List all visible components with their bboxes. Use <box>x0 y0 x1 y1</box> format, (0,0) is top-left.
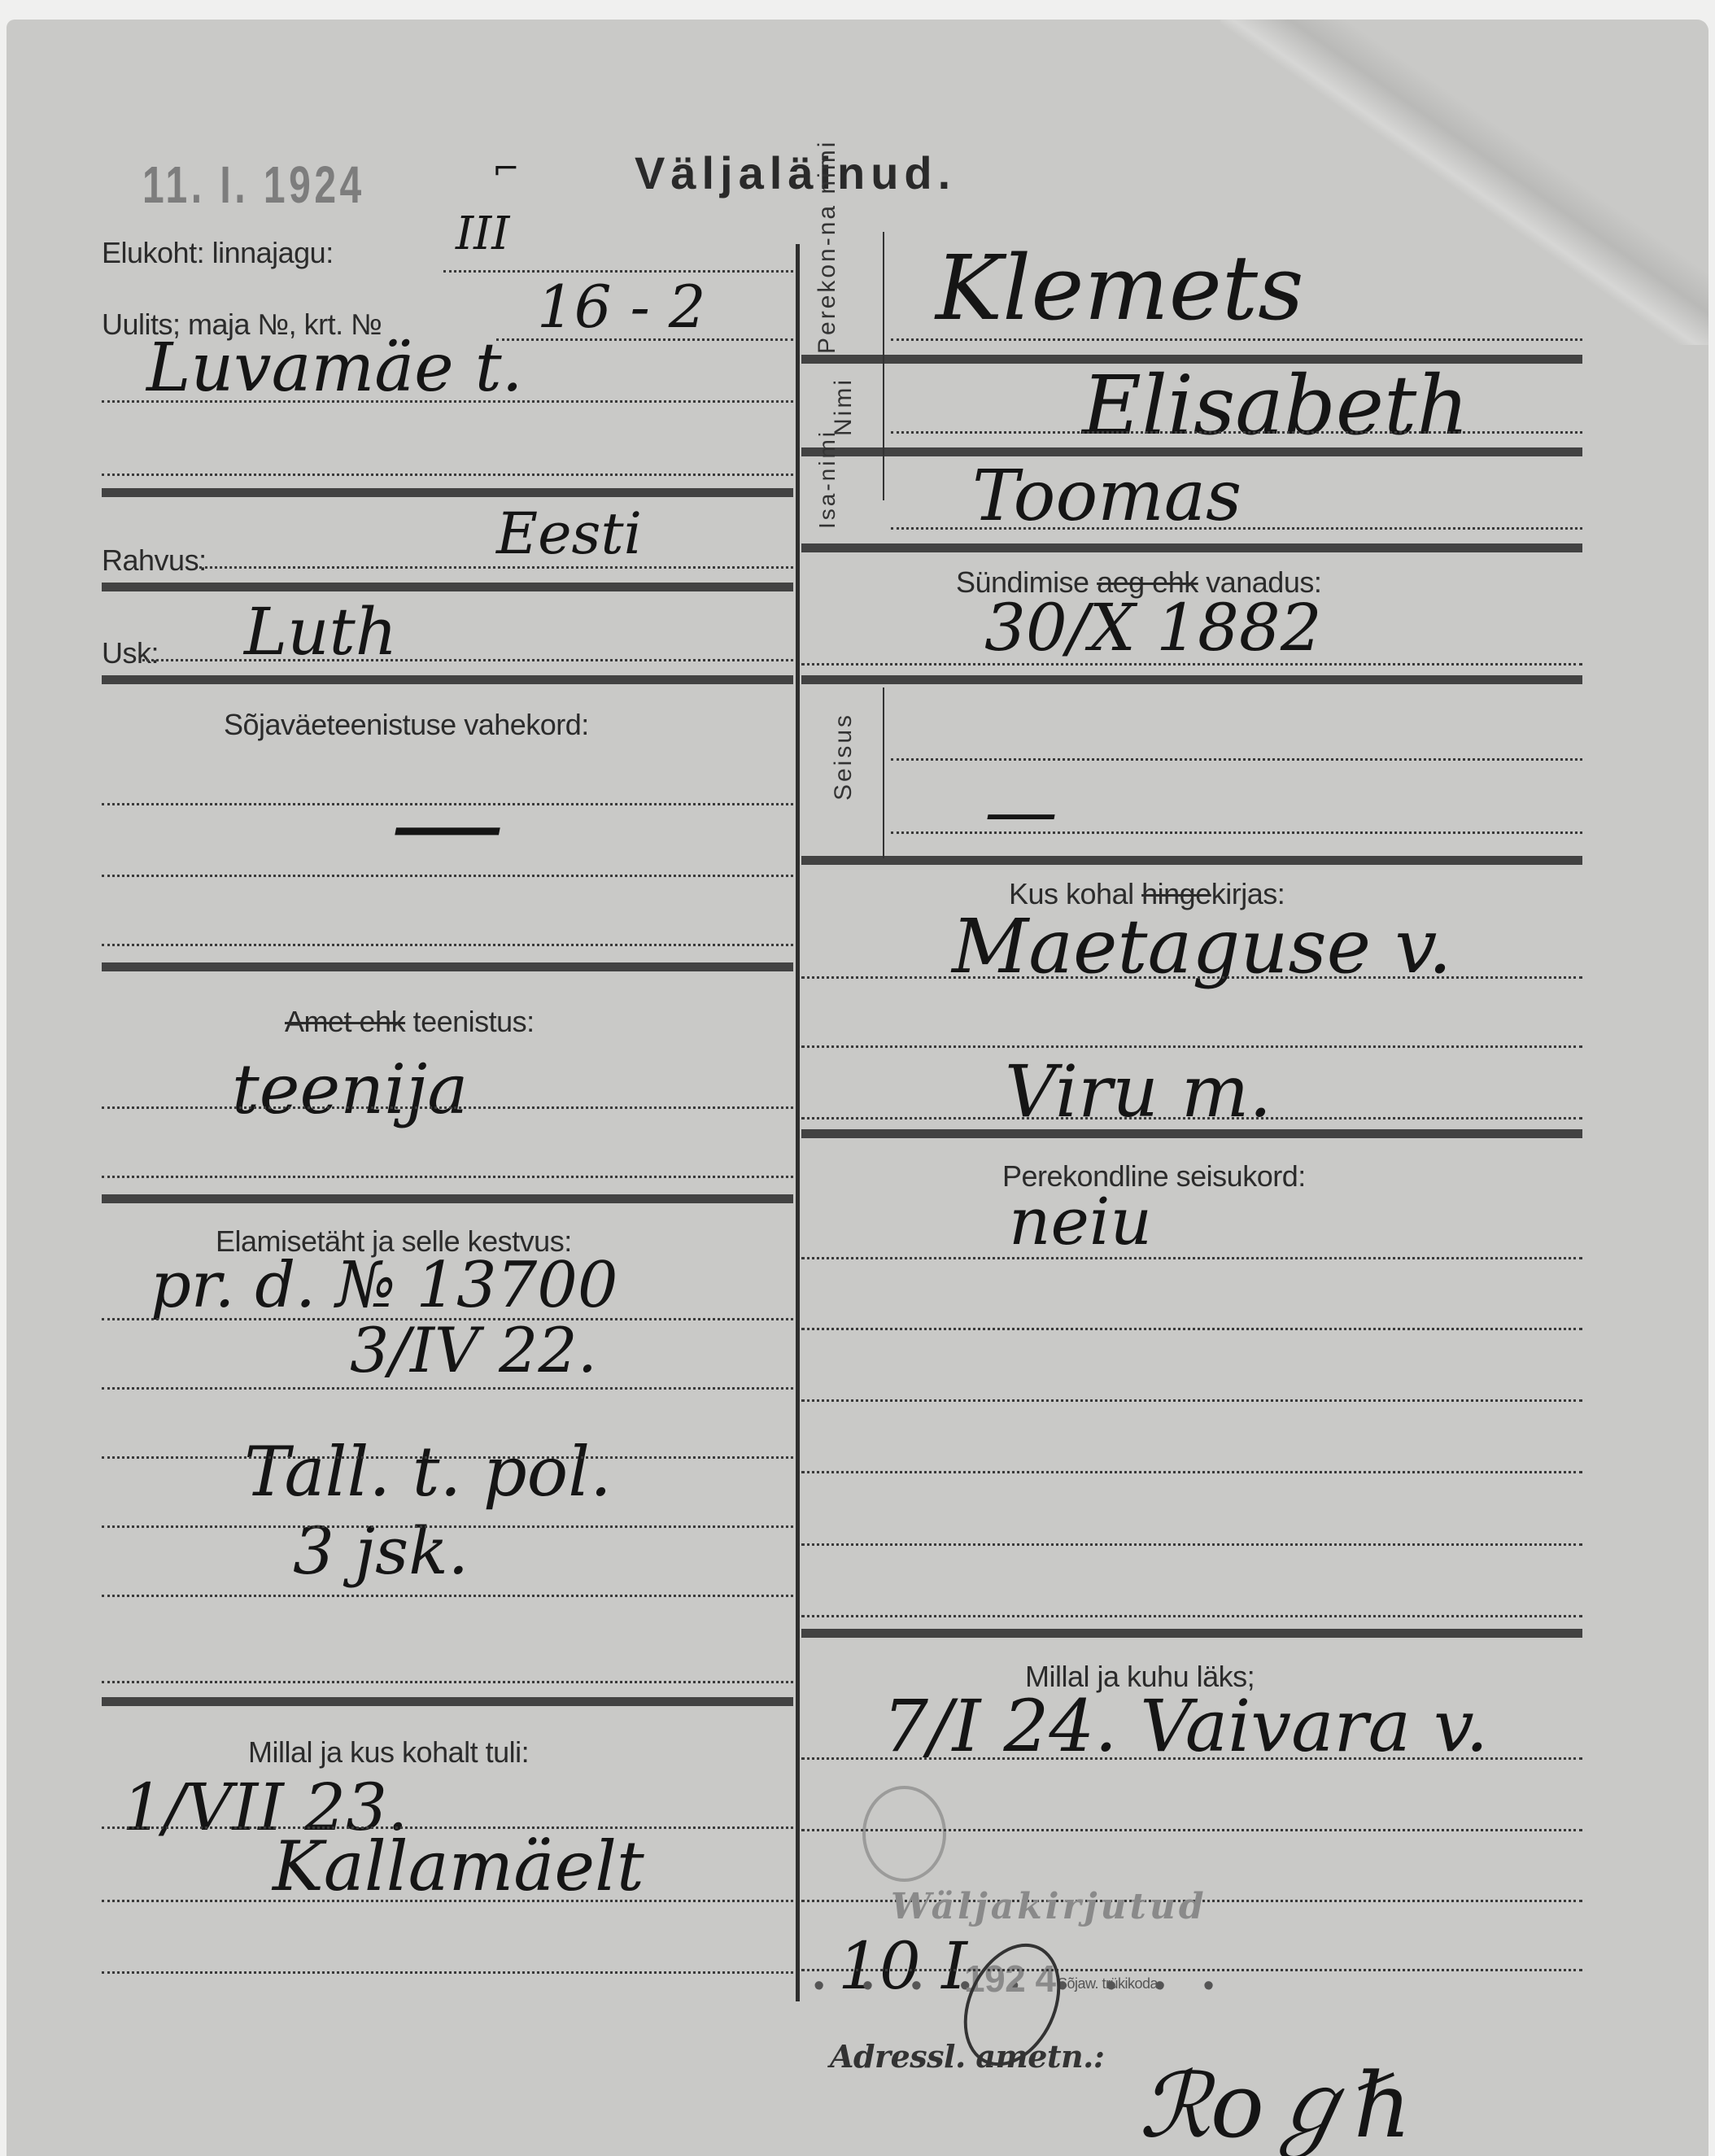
departure-value: 7/I 24. Vaivara v. <box>883 1684 1488 1768</box>
dotted-line <box>801 1471 1582 1473</box>
dotted-line <box>801 1615 1582 1617</box>
dotted-line <box>891 431 1582 434</box>
nationality-label: Rahvus: <box>102 543 207 578</box>
dotted-line <box>801 1117 1582 1119</box>
dotted-line <box>891 527 1582 530</box>
nationality-value: Eesti <box>496 500 642 567</box>
dotted-line <box>801 1543 1582 1546</box>
dotted-line <box>102 803 793 805</box>
registry-line-2: Viru m. <box>1005 1050 1272 1133</box>
section-rule <box>801 675 1582 684</box>
section-rule <box>102 962 793 971</box>
dotted-line <box>102 1900 793 1902</box>
dotted-line <box>102 1595 793 1597</box>
surname-value: Klemets <box>936 236 1304 340</box>
dotted-line <box>102 875 793 877</box>
section-rule <box>102 675 793 684</box>
dotted-line <box>801 1969 1582 1971</box>
section-rule <box>102 1697 793 1706</box>
dotted-line <box>102 474 793 476</box>
label-strip-divider <box>883 232 884 500</box>
occupation-label-struck: Amet ehk <box>285 1005 405 1038</box>
dotted-line <box>801 1045 1582 1048</box>
residence-label: Elukoht: linnajagu: <box>102 236 334 270</box>
military-value: — <box>391 757 504 889</box>
dotted-line <box>801 1399 1582 1402</box>
dotted-line <box>801 1257 1582 1259</box>
section-rule <box>801 543 1582 552</box>
form-title: Väljaläinud. <box>635 146 956 199</box>
residence-permit-line-3: Tall. t. pol. <box>244 1432 612 1512</box>
section-rule <box>102 1194 793 1203</box>
arrival-place-value: Kallamäelt <box>273 1826 644 1906</box>
father-name-value: Toomas <box>972 456 1242 537</box>
dotted-line <box>102 944 793 946</box>
title-dash: ⌐ <box>492 151 520 188</box>
occupation-label: Amet ehk teenistus: <box>285 1005 535 1039</box>
dotted-line <box>102 1971 793 1974</box>
firstname-value: Elisabeth <box>1082 358 1469 453</box>
printer-credit: Sõjaw. trükikoda. <box>1058 1975 1162 1992</box>
dotted-line <box>496 338 793 341</box>
occupation-label-text: teenistus: <box>413 1005 535 1038</box>
residence-permit-line-1: pr. d. № 13700 <box>151 1249 618 1322</box>
section-rule <box>801 1629 1582 1638</box>
dotted-line <box>891 831 1582 834</box>
residence-permit-line-2: 3/IV 22. <box>350 1314 597 1386</box>
date-stamp: 11. I. 1924 <box>142 155 365 215</box>
status-label: Seisus <box>830 696 857 818</box>
pencil-p-mark <box>862 1786 946 1882</box>
arrival-label: Millal ja kus kohalt tuli: <box>248 1735 529 1770</box>
section-rule <box>102 583 793 591</box>
dotted-line <box>102 1681 793 1683</box>
house-flat-value: 16 - 2 <box>537 273 706 341</box>
residence-permit-line-4: 3 jsk. <box>293 1513 469 1589</box>
section-rule <box>102 488 793 497</box>
signature: ℛoℊℏ <box>1139 2034 1412 2156</box>
dotted-line <box>801 663 1582 666</box>
street-value: Luvamäe t. <box>146 330 523 407</box>
status-value: — <box>984 769 1058 854</box>
military-label: Sõjaväeteenistuse vahekord: <box>224 708 589 742</box>
dotted-line <box>891 338 1582 341</box>
dotted-line <box>891 758 1582 761</box>
dotted-line <box>102 1387 793 1390</box>
section-rule <box>801 1129 1582 1138</box>
label-strip-divider <box>883 687 884 858</box>
father-name-label: Isa-nimi <box>814 456 841 529</box>
dotted-line <box>199 566 793 569</box>
dotted-line <box>801 976 1582 979</box>
religion-label: Usk: <box>102 636 159 670</box>
dotted-line <box>801 1757 1582 1760</box>
occupation-value: teenija <box>232 1050 468 1129</box>
dotted-line <box>102 1176 793 1178</box>
dotted-line <box>102 1106 793 1109</box>
residence-district-value: III <box>456 207 509 260</box>
dotted-line <box>102 1525 793 1528</box>
extract-stamp: Wäljakirjutud <box>891 1886 1207 1927</box>
marital-value: neiu <box>1009 1184 1152 1259</box>
dotted-line <box>142 659 793 661</box>
dotted-line <box>102 1456 793 1459</box>
surname-label: Perekon-na nimi <box>814 232 841 354</box>
birth-value: 30/X 1882 <box>984 590 1322 666</box>
dotted-line <box>102 400 793 403</box>
dotted-line <box>801 1328 1582 1330</box>
column-divider <box>796 244 800 2001</box>
section-rule <box>801 856 1582 865</box>
